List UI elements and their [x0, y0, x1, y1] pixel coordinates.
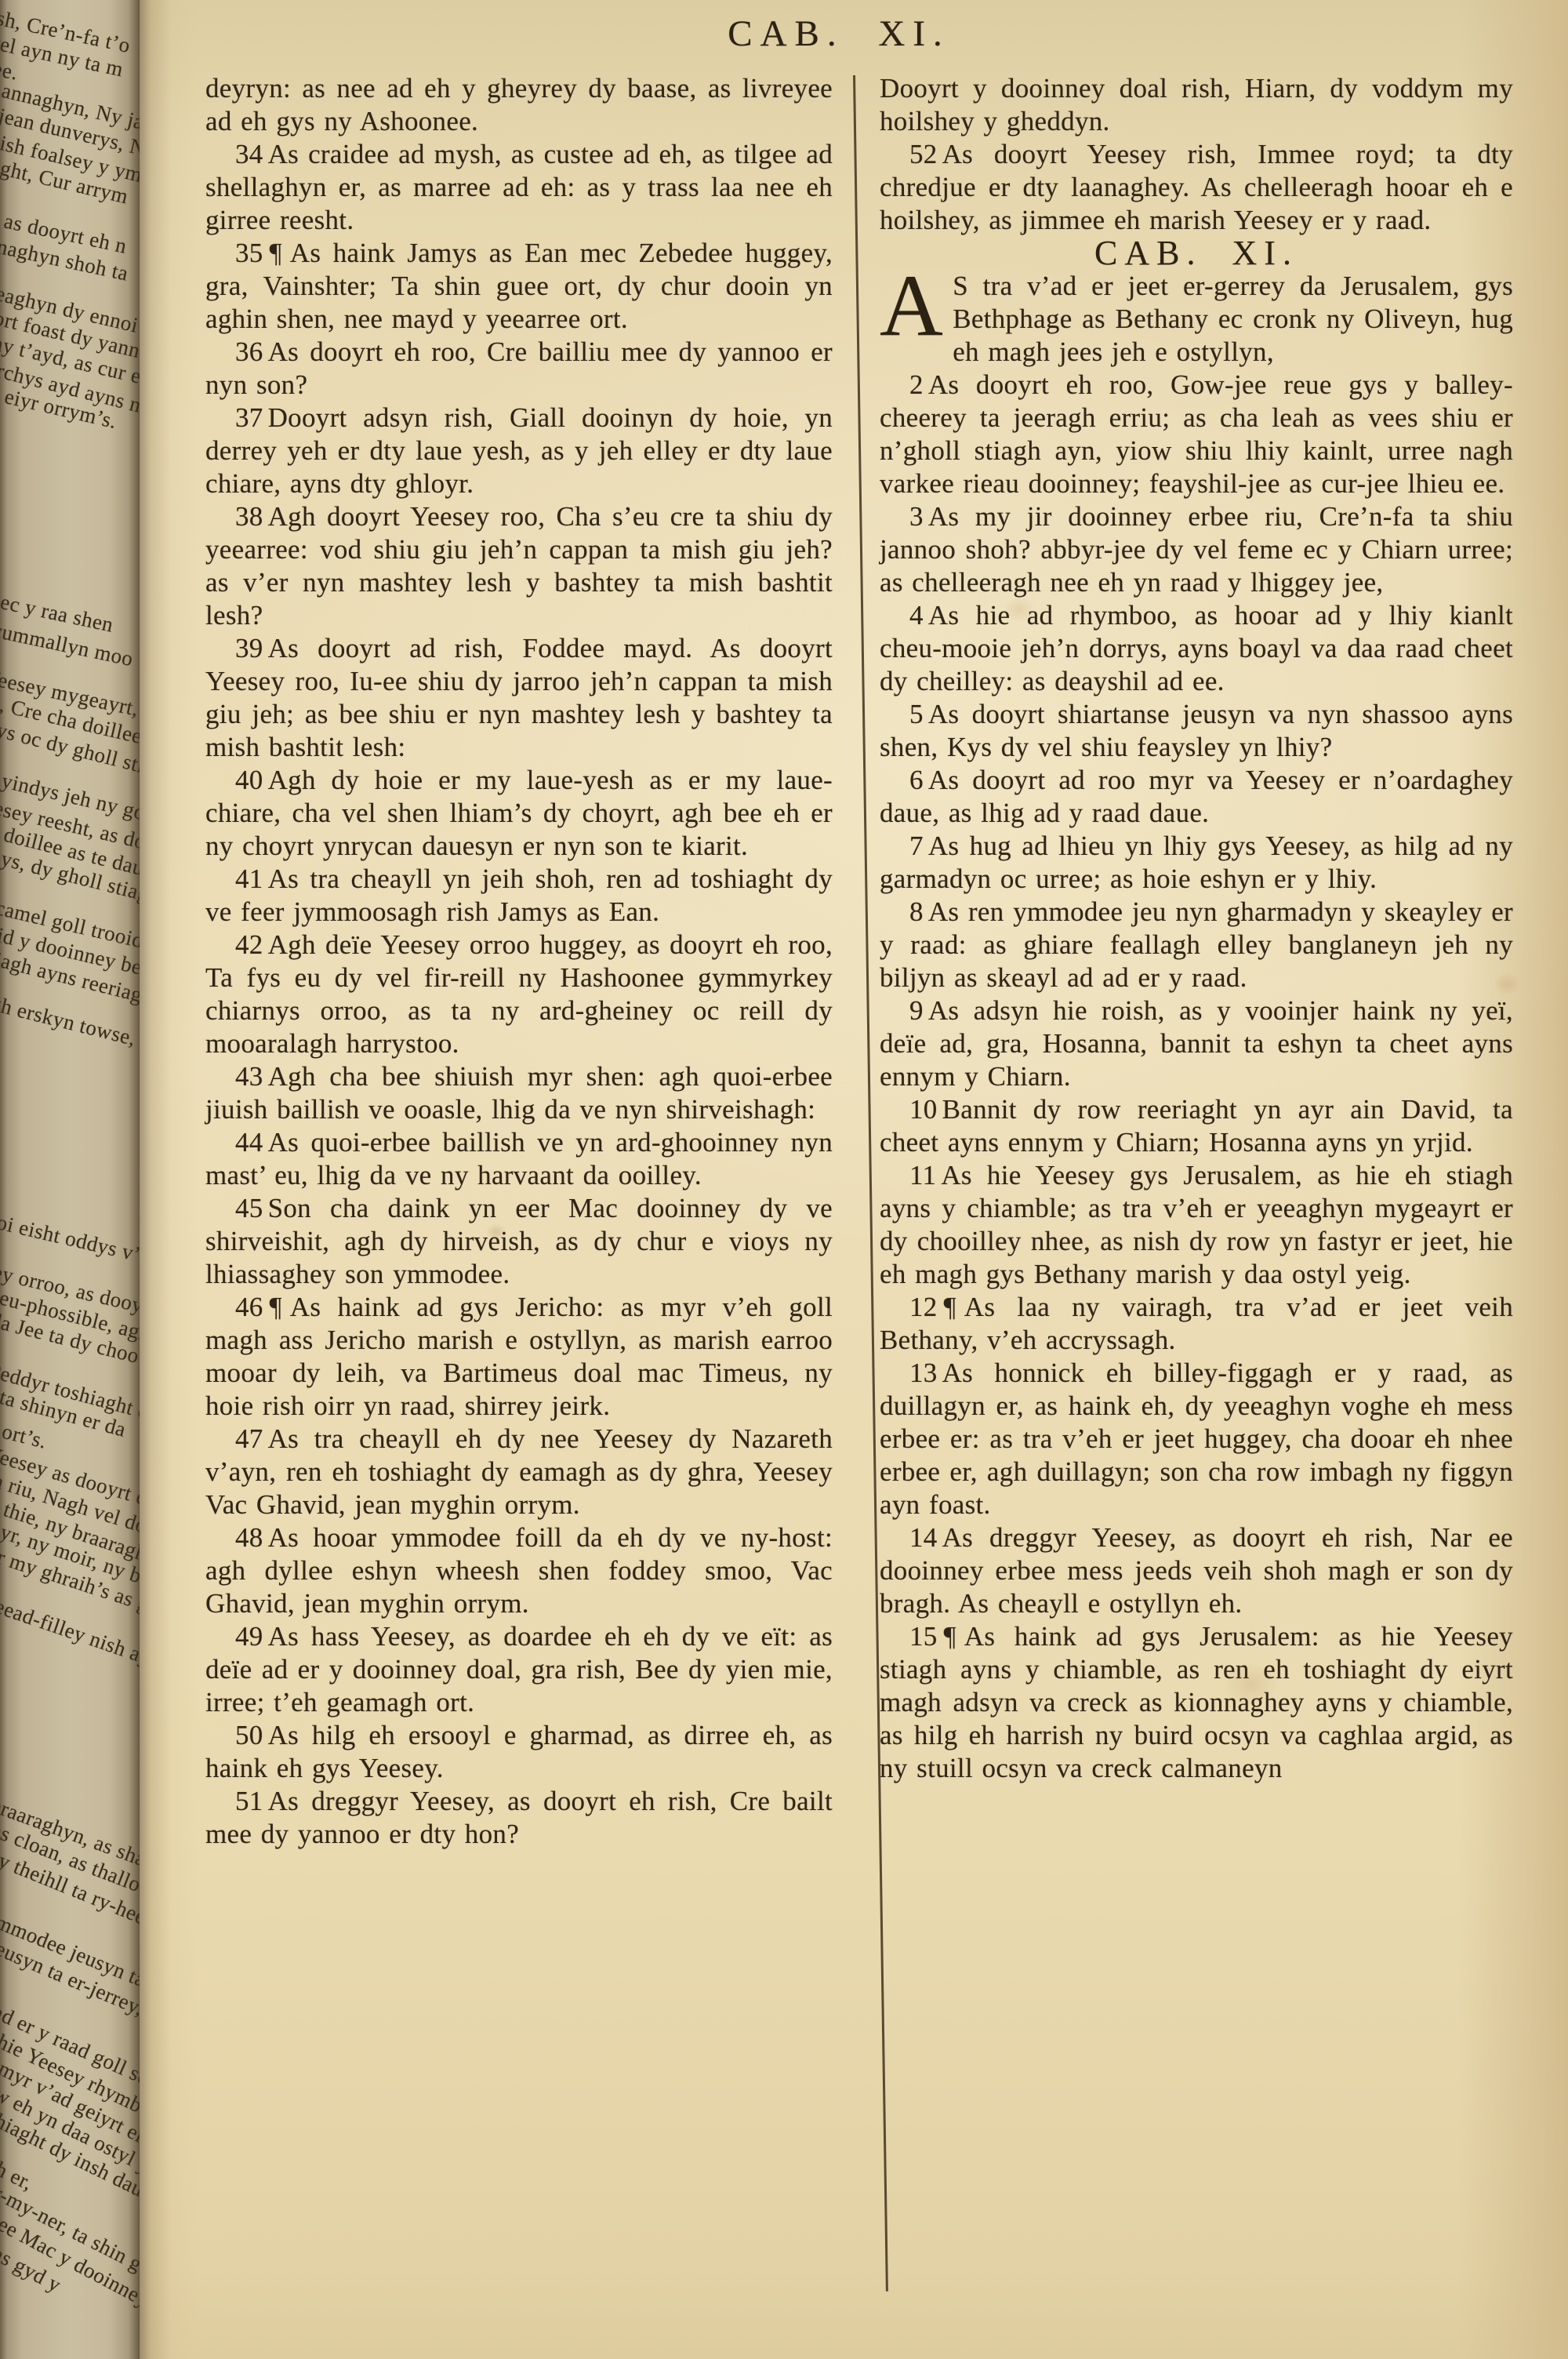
verse-paragraph: 10Bannit dy row reeriaght yn ayr ain Dav…: [880, 1093, 1513, 1159]
verse-paragraph: 44As quoi-erbee baillish ve yn ard-ghooi…: [205, 1126, 833, 1192]
verse-number: 40: [235, 765, 268, 795]
verse-paragraph: 37Dooyrt adsyn rish, Giall dooinyn dy ho…: [205, 402, 833, 500]
pilcrow-mark: ¶: [942, 1621, 964, 1652]
verse-number: 4: [909, 600, 928, 631]
verse-number: 13: [909, 1358, 942, 1388]
continuation-paragraph: Dooyrt y dooinney doal rish, Hiarn, dy v…: [880, 72, 1513, 138]
verse-number: 38: [235, 501, 268, 532]
verse-paragraph: 49As hass Yeesey, as doardee eh eh dy ve…: [205, 1620, 833, 1719]
verse-number: 41: [235, 863, 268, 894]
verse-number: 42: [235, 929, 268, 960]
verse-number: 39: [235, 633, 268, 663]
verse-paragraph: 39As dooyrt ad rish, Foddee mayd. As doo…: [205, 632, 833, 764]
verse-number: 46: [235, 1292, 268, 1322]
verse-number: 36: [235, 336, 268, 367]
verse-paragraph: 11As hie Yeesey gys Jerusalem, as hie eh…: [880, 1159, 1513, 1291]
verse-number: 35: [235, 238, 268, 268]
text-column-right: Dooyrt y dooinney doal rish, Hiarn, dy v…: [880, 72, 1513, 1785]
verse-number: 48: [235, 1522, 268, 1553]
drop-cap: A: [880, 270, 953, 339]
verse-paragraph: 47As tra cheayll eh dy nee Yeesey dy Naz…: [205, 1423, 833, 1521]
text-column-left: deyryn: as nee ad eh y gheyrey dy baase,…: [205, 72, 833, 1851]
verse-paragraph: 46¶As haink ad gys Jericho: as myr v’eh …: [205, 1291, 833, 1423]
verse-number: 8: [909, 896, 928, 927]
verse-number: 12: [909, 1292, 942, 1322]
verse-number: 47: [235, 1423, 268, 1454]
verse-number: 52: [909, 139, 942, 169]
verse-paragraph: 6As dooyrt ad roo myr va Yeesey er n’oar…: [880, 764, 1513, 830]
verse-paragraph: 45Son cha daink yn eer Mac dooinney dy v…: [205, 1192, 833, 1291]
pilcrow-mark: ¶: [268, 238, 290, 268]
book-gutter-facing-page: rish, Cre’n-fa t’ovel ayn ny ta mee.anna…: [0, 0, 140, 2359]
verse-paragraph: 4As hie ad rhymboo, as hooar ad y lhiy k…: [880, 599, 1513, 698]
verse-number: 50: [235, 1720, 268, 1750]
verse-paragraph: 38Agh dooyrt Yeesey roo, Cha s’eu cre ta…: [205, 500, 833, 632]
continuation-paragraph: deyryn: as nee ad eh y gheyrey dy baase,…: [205, 72, 833, 138]
verse-number: 14: [909, 1522, 942, 1553]
verse-paragraph: 7As hug ad lhieu yn lhiy gys Yeesey, as …: [880, 830, 1513, 896]
verse-paragraph: 8As ren ymmodee jeu nyn gharmadyn y skea…: [880, 896, 1513, 994]
verse-number: 7: [909, 831, 928, 861]
running-head: CAB. XI.: [204, 13, 1474, 55]
verse-paragraph: 12¶As laa ny vairagh, tra v’ad er jeet v…: [880, 1291, 1513, 1357]
verse-paragraph: 50As hilg eh ersooyl e gharmad, as dirre…: [205, 1719, 833, 1785]
verse-paragraph: 43Agh cha bee shiuish myr shen: agh quoi…: [205, 1060, 833, 1126]
verse-number: 51: [235, 1786, 268, 1816]
verse-paragraph: 41As tra cheayll yn jeih shoh, ren ad to…: [205, 863, 833, 929]
verse-paragraph: 52As dooyrt Yeesey rish, Immee royd; ta …: [880, 138, 1513, 237]
pilcrow-mark: ¶: [268, 1292, 290, 1322]
verse-paragraph: 13As honnick eh billey-figgagh er y raad…: [880, 1357, 1513, 1521]
verse-number: 6: [909, 765, 928, 795]
verse-number: 11: [909, 1160, 941, 1190]
verse-paragraph: 2As dooyrt eh roo, Gow-jee reue gys y ba…: [880, 369, 1513, 500]
verse-paragraph: 42Agh deïe Yeesey orroo huggey, as dooyr…: [205, 929, 833, 1060]
pilcrow-mark: ¶: [942, 1292, 964, 1322]
verse-number: 10: [909, 1094, 942, 1125]
verse-paragraph: 14As dreggyr Yeesey, as dooyrt eh rish, …: [880, 1521, 1513, 1620]
verse-paragraph: 5As dooyrt shiartanse jeusyn va nyn shas…: [880, 698, 1513, 764]
verse-number: 34: [235, 139, 268, 169]
verse-paragraph: 48As hooar ymmodee foill da eh dy ve ny-…: [205, 1521, 833, 1620]
verse-number: 44: [235, 1127, 268, 1158]
verse-paragraph: 36As dooyrt eh roo, Cre bailliu mee dy y…: [205, 336, 833, 402]
verse-number: 15: [909, 1621, 942, 1652]
verse-paragraph: 9As adsyn hie roish, as y vooinjer haink…: [880, 994, 1513, 1093]
verse-paragraph: 34As craidee ad mysh, as custee ad eh, a…: [205, 138, 833, 237]
verse-number: 5: [909, 699, 928, 729]
verse-paragraph: 51As dreggyr Yeesey, as dooyrt eh rish, …: [205, 1785, 833, 1851]
verse-paragraph: 40Agh dy hoie er my laue-yesh as er my l…: [205, 764, 833, 863]
verse-paragraph: 35¶As haink Jamys as Ean mec Zebedee hug…: [205, 237, 833, 336]
facing-page-text-fragment: uoi eisht oddys v’e: [0, 1208, 140, 1269]
chapter-heading: CAB. XI.: [880, 237, 1513, 270]
verse-number: 2: [909, 369, 928, 400]
verse-paragraph: 15¶As haink ad gys Jerusalem: as hie Yee…: [880, 1620, 1513, 1785]
verse-number: 43: [235, 1061, 268, 1092]
verse-number: 9: [909, 995, 928, 1026]
verse-number: 49: [235, 1621, 268, 1652]
verse-number: 37: [235, 402, 268, 433]
verse-paragraph: 3As my jir dooinney erbee riu, Cre’n-fa …: [880, 500, 1513, 599]
verse-number: 3: [909, 501, 928, 532]
verse-number: 45: [235, 1193, 268, 1223]
verse-paragraph: AS tra v’ad er jeet er-gerrey da Jerusal…: [880, 270, 1513, 369]
scanned-book-page: rish, Cre’n-fa t’ovel ayn ny ta mee.anna…: [0, 0, 1568, 2359]
